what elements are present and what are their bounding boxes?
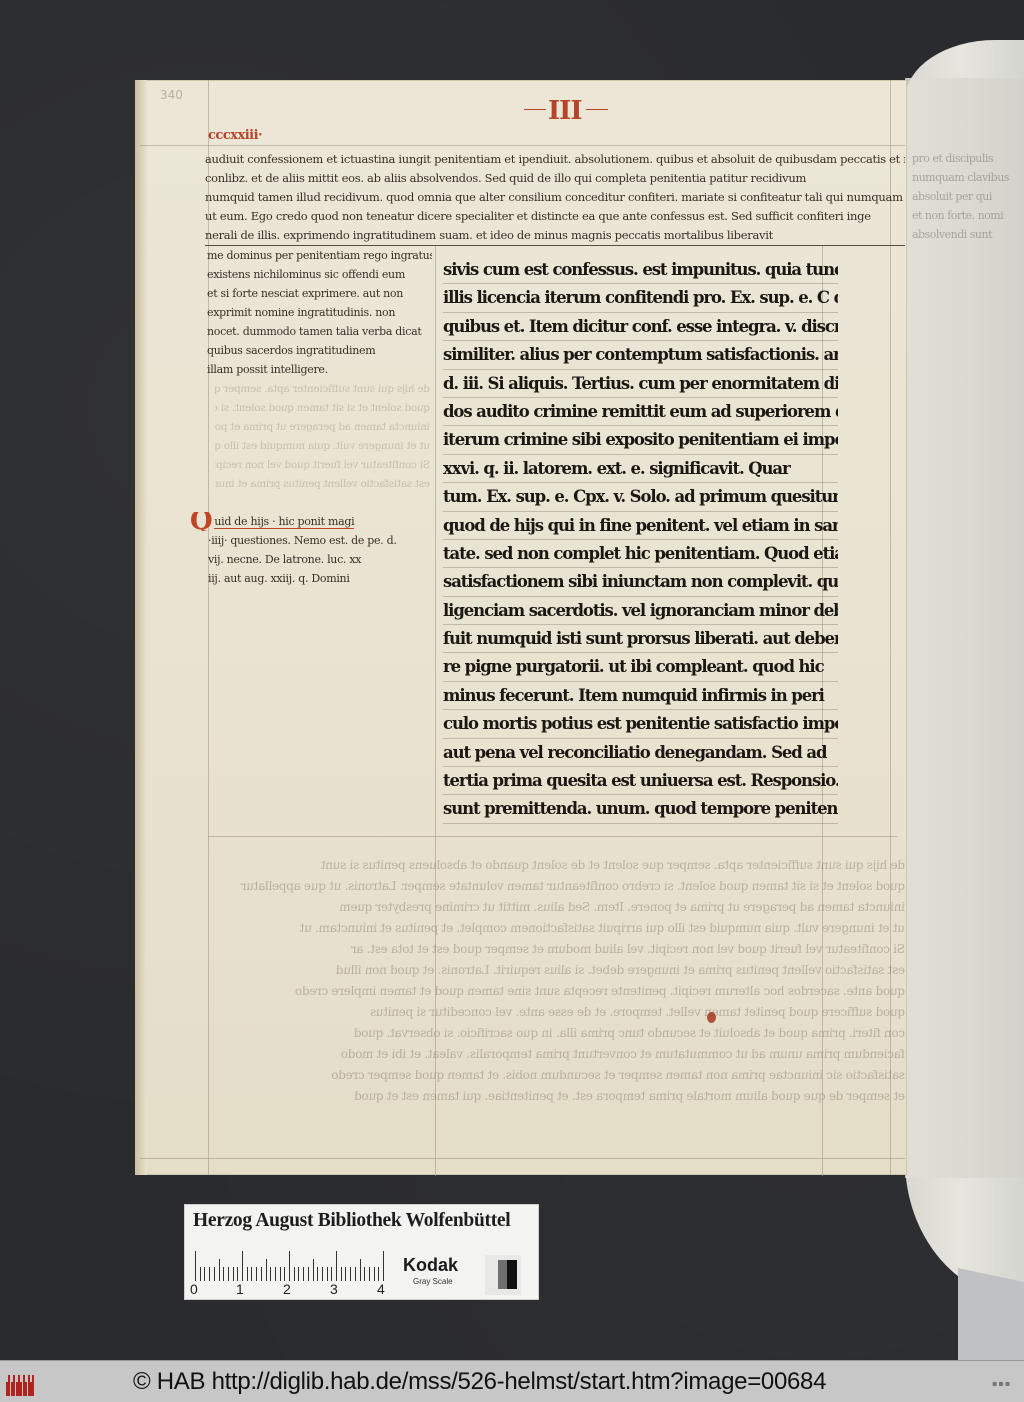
showthrough-line: iniuncta tamen ad peragere ut prima et p… bbox=[215, 897, 905, 918]
ruler-tick bbox=[345, 1267, 346, 1281]
ruler-tick bbox=[355, 1267, 356, 1281]
gloss-line: iij. aut aug. xxiij. q. Domini bbox=[190, 569, 430, 588]
ruler-tick bbox=[378, 1267, 379, 1281]
ruler-tick bbox=[289, 1251, 290, 1281]
folio-heading: III bbox=[548, 96, 582, 126]
text-line: iterum crimine sibi exposito penitentiam… bbox=[443, 426, 838, 454]
showthrough-line: quod solent et si sit tamen quod solent.… bbox=[215, 399, 430, 418]
showthrough-line: iniuncta tamen ad peragere ut prima et p… bbox=[215, 418, 430, 437]
showthrough-line: est satisfactio vellent penitus prima et… bbox=[215, 960, 905, 981]
ruler-tick bbox=[374, 1267, 375, 1281]
showthrough-line: satisfactio sic iniunctae prima non tame… bbox=[215, 1065, 905, 1086]
gloss-line: conlibz. et de aliis mittit eos. ab alii… bbox=[205, 169, 905, 188]
logo-bar bbox=[32, 1375, 34, 1396]
showthrough-block: de hijs qui sunt sufficienter apta. semp… bbox=[215, 855, 905, 1107]
ruler-tick bbox=[270, 1267, 271, 1281]
showthrough-line: est satisfactio vellent penitus prima et… bbox=[215, 475, 430, 494]
ruler-tick bbox=[237, 1267, 238, 1281]
gloss-line: existens nichilominus sic offendi eum bbox=[207, 265, 432, 284]
ruler-tick bbox=[247, 1267, 248, 1281]
gloss-line: Quid de hijs · hic ponit magi bbox=[190, 512, 430, 531]
ruler-tick bbox=[280, 1267, 281, 1281]
color-target-card: Herzog August Bibliothek Wolfenbüttel 0 … bbox=[184, 1204, 539, 1300]
showthrough-left: de hijs qui sunt sufficienter apta. semp… bbox=[215, 380, 430, 494]
ruler-tick bbox=[313, 1259, 314, 1281]
ruler-tick bbox=[200, 1267, 201, 1281]
ruler-tick bbox=[327, 1267, 328, 1281]
facing-page-line: absoluit per qui bbox=[912, 190, 1024, 201]
ruler-tick bbox=[294, 1267, 295, 1281]
ruler-tick bbox=[266, 1259, 267, 1281]
copyright-url[interactable]: © HAB http://diglib.hab.de/mss/526-helms… bbox=[133, 1368, 826, 1396]
viewer-footer: © HAB http://diglib.hab.de/mss/526-helms… bbox=[0, 1360, 1024, 1402]
ruling-line bbox=[140, 1158, 905, 1159]
facing-page-strip: pro et discipulisnumquam clavibusabsolui… bbox=[905, 78, 1024, 1178]
rubric-numeral: cccxxiii· bbox=[208, 128, 262, 143]
ruler-number: 0 bbox=[190, 1281, 198, 1297]
ruler-tick bbox=[204, 1267, 205, 1281]
showthrough-line: faciendum prima unum ad ut commutatum et… bbox=[215, 1044, 905, 1065]
ruler-tick bbox=[195, 1251, 196, 1281]
main-text-column: sivis cum est confessus. est impunitus. … bbox=[443, 256, 838, 824]
text-line: sunt premittenda. unum. quod tempore pen… bbox=[443, 795, 838, 823]
pencil-foliation: 340 bbox=[160, 88, 183, 102]
ruler-tick bbox=[336, 1251, 337, 1281]
text-line: xxvi. q. ii. latorem. ext. e. significav… bbox=[443, 455, 838, 483]
ruler-tick bbox=[228, 1267, 229, 1281]
ink-stain bbox=[707, 1012, 716, 1023]
kodak-subtitle: Gray Scale bbox=[413, 1277, 453, 1286]
showthrough-line: et semper de que quod alium mortale prim… bbox=[215, 1086, 905, 1107]
ruler-scale bbox=[195, 1251, 385, 1281]
text-line: similiter. alius per contemptum satisfac… bbox=[443, 341, 838, 369]
ruling-line bbox=[140, 145, 905, 146]
ruler-tick bbox=[223, 1267, 224, 1281]
ruler-tick bbox=[341, 1267, 342, 1281]
ruler-tick bbox=[242, 1251, 243, 1281]
gloss-line: vij. necne. De latrone. luc. xx bbox=[190, 550, 430, 569]
showthrough-line: con fiteri. prima quod et absoluit et se… bbox=[215, 1023, 905, 1044]
text-line: quibus et. Item dicitur conf. esse integ… bbox=[443, 313, 838, 341]
text-line: fuit numquid isti sunt prorsus liberati.… bbox=[443, 625, 838, 653]
text-line: culo mortis potius est penitentie satisf… bbox=[443, 710, 838, 738]
facing-page-line: et non forte. nomi bbox=[912, 209, 1024, 220]
text-line: d. iii. Si aliquis. Tertius. cum per eno… bbox=[443, 370, 838, 398]
text-line: illis licencia iterum confitendi pro. Ex… bbox=[443, 284, 838, 312]
ruler-tick bbox=[317, 1267, 318, 1281]
ruler-tick bbox=[360, 1259, 361, 1281]
showthrough-line: de hijs qui sunt sufficienter apta. semp… bbox=[215, 855, 905, 876]
ruler-tick bbox=[383, 1251, 384, 1281]
gloss-line: me dominus per penitentiam rego ingratus bbox=[207, 246, 432, 265]
ruler-tick bbox=[214, 1267, 215, 1281]
margin-note: Quid de hijs · hic ponit magi ·iiij· que… bbox=[190, 512, 430, 588]
ruler-tick bbox=[284, 1267, 285, 1281]
black-swatch bbox=[507, 1260, 517, 1289]
ruler-tick bbox=[350, 1267, 351, 1281]
facing-page-line: absolvendi sunt bbox=[912, 228, 1024, 239]
top-gloss-block: audiuit confessionem et ictuastina iungi… bbox=[205, 150, 905, 246]
kodak-brand: Kodak bbox=[403, 1255, 458, 1276]
gloss-line: nerali de illis. exprimendo ingratitudin… bbox=[205, 226, 905, 246]
gloss-line: ut eum. Ego credo quod non teneatur dice… bbox=[205, 207, 905, 226]
ruler-number: 3 bbox=[330, 1281, 338, 1297]
ruler-tick bbox=[233, 1267, 234, 1281]
text-line: sivis cum est confessus. est impunitus. … bbox=[443, 256, 838, 284]
text-line: ligenciam sacerdotis. vel ignoranciam mi… bbox=[443, 597, 838, 625]
ruler-tick bbox=[219, 1259, 220, 1281]
gloss-line: exprimit nomine ingratitudinis. non bbox=[207, 303, 432, 322]
ruler-tick bbox=[308, 1267, 309, 1281]
text-line: tate. sed non complet hic penitentiam. Q… bbox=[443, 540, 838, 568]
text-line: tum. Ex. sup. e. Cpx. v. Solo. ad primum… bbox=[443, 483, 838, 511]
showthrough-line: quod ante. sacerdos hoc alterum recipit.… bbox=[215, 981, 905, 1002]
ruler-tick bbox=[298, 1267, 299, 1281]
showthrough-line: ut et inungere vult. quia numquid est il… bbox=[215, 437, 430, 456]
ruler-tick bbox=[322, 1267, 323, 1281]
facing-page-line: numquam clavibus bbox=[912, 171, 1024, 182]
gloss-line: audiuit confessionem et ictuastina iungi… bbox=[205, 150, 905, 169]
ruling-line bbox=[208, 836, 898, 837]
showthrough-line: quod sufficere quod penitet tamen vellet… bbox=[215, 1002, 905, 1023]
red-initial: Q bbox=[190, 512, 212, 531]
gloss-line: ·iiij· questiones. Nemo est. de pe. d. bbox=[190, 531, 430, 550]
ruler-number: 4 bbox=[377, 1281, 385, 1297]
text-line: dos audito crimine remittit eum ad super… bbox=[443, 398, 838, 426]
facing-page-line: pro et discipulis bbox=[912, 152, 1024, 163]
ruler-tick bbox=[209, 1267, 210, 1281]
ruler-number: 2 bbox=[283, 1281, 291, 1297]
text-line: tertia prima quesita est uniuersa est. R… bbox=[443, 767, 838, 795]
ruler-numbers: 0 1 2 3 4 bbox=[190, 1281, 390, 1297]
hab-barcode-logo-icon bbox=[6, 1368, 34, 1396]
gray-scale-patch bbox=[485, 1255, 521, 1295]
ruler-tick bbox=[256, 1267, 257, 1281]
ruler-tick bbox=[369, 1267, 370, 1281]
gloss-line: quibus sacerdos ingratitudinem bbox=[207, 341, 432, 360]
note-text: uid de hijs · hic ponit magi bbox=[214, 515, 354, 529]
text-line: satisfactionem sibi iniunctam non comple… bbox=[443, 568, 838, 596]
ruler-tick bbox=[331, 1267, 332, 1281]
showthrough-line: quod solent et si sit tamen quod solent.… bbox=[215, 876, 905, 897]
showthrough-line: ut et inungere vult. quia numquid est il… bbox=[215, 918, 905, 939]
ruler-tick bbox=[364, 1267, 365, 1281]
gloss-line: nocet. dummodo tamen talia verba dicat bbox=[207, 322, 432, 341]
text-line: quod de hijs qui in fine penitent. vel e… bbox=[443, 512, 838, 540]
ruler-tick bbox=[275, 1267, 276, 1281]
institution-name: Herzog August Bibliothek Wolfenbüttel bbox=[193, 1210, 538, 1232]
ruler-tick bbox=[303, 1267, 304, 1281]
ruler-tick bbox=[261, 1267, 262, 1281]
showthrough-line: de hijs qui sunt sufficienter apta. semp… bbox=[215, 380, 430, 399]
left-gloss-block: me dominus per penitentiam rego ingratus… bbox=[207, 246, 432, 379]
text-line: re pigne purgatorii. ut ibi compleant. q… bbox=[443, 653, 838, 681]
page-indicator-icon: ▪▪▪ bbox=[992, 1379, 1011, 1388]
ruler-number: 1 bbox=[236, 1281, 244, 1297]
ruler-tick bbox=[251, 1267, 252, 1281]
gloss-line: numquid tamen illud recidivum. quod omni… bbox=[205, 188, 905, 207]
text-line: minus fecerunt. Item numquid infirmis in… bbox=[443, 682, 838, 710]
showthrough-line: Si confiteatur vel fuerit quod vel non r… bbox=[215, 939, 905, 960]
gloss-line: et si forte nesciat exprimere. aut non bbox=[207, 284, 432, 303]
text-line: aut pena vel reconciliatio denegandam. S… bbox=[443, 739, 838, 767]
showthrough-line: Si confiteatur vel fuerit quod vel non r… bbox=[215, 456, 430, 475]
gloss-line: illam possit intelligere. bbox=[207, 360, 432, 379]
